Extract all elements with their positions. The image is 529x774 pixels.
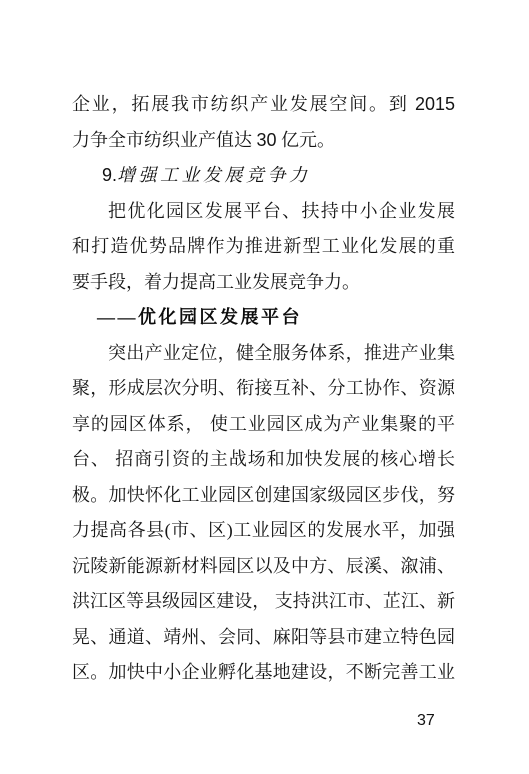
page-number: 37	[417, 711, 435, 731]
numeric-text: 30	[257, 130, 277, 150]
text-line: 力争全市纺织业产值达 30 亿元。	[72, 123, 455, 159]
text-line: 台、 招商引资的主战场和加快发展的核心增长	[72, 442, 455, 478]
heading-bold-line: ——优化园区发展平台	[72, 300, 455, 336]
text-line: 享的园区体系， 使工业园区成为产业集聚的平	[72, 407, 455, 443]
text-line: 沅陵新能源新材料园区以及中方、辰溪、溆浦、	[72, 549, 455, 585]
heading-kai-line: 9.增强工业发展竞争力	[72, 158, 455, 194]
text-line: 把优化园区发展平台、扶持中小企业发展	[72, 194, 455, 230]
text-block: 企业，拓展我市纺织产业发展空间。到 2015 年，力争全市纺织业产值达 30 亿…	[72, 87, 455, 691]
text-line: 洪江区等县级园区建设， 支持洪江市、芷江、新	[72, 584, 455, 620]
text-line: 力提高各县(市、区)工业园区的发展水平，加强	[72, 513, 455, 549]
text-line: 和打造优势品牌作为推进新型工业化发展的重	[72, 229, 455, 265]
document-page: 企业，拓展我市纺织产业发展空间。到 2015 年，力争全市纺织业产值达 30 亿…	[0, 0, 529, 774]
text-line: 晃、通道、靖州、会同、麻阳等县市建立特色园	[72, 620, 455, 656]
numeric-text: 2015	[415, 94, 455, 114]
numeric-text: 9.	[102, 165, 117, 185]
text-line: 突出产业定位，健全服务体系，推进产业集	[72, 336, 455, 372]
text-line: 要手段，着力提高工业发展竞争力。	[72, 265, 455, 301]
text-line: 企业，拓展我市纺织产业发展空间。到 2015 年，	[72, 87, 455, 123]
text-line: 区。加快中小企业孵化基地建设，不断完善工业	[72, 655, 455, 691]
text-line: 极。加快怀化工业园区创建国家级园区步伐，努	[72, 478, 455, 514]
text-line: 聚，形成层次分明、衔接互补、分工协作、资源共	[72, 371, 455, 407]
